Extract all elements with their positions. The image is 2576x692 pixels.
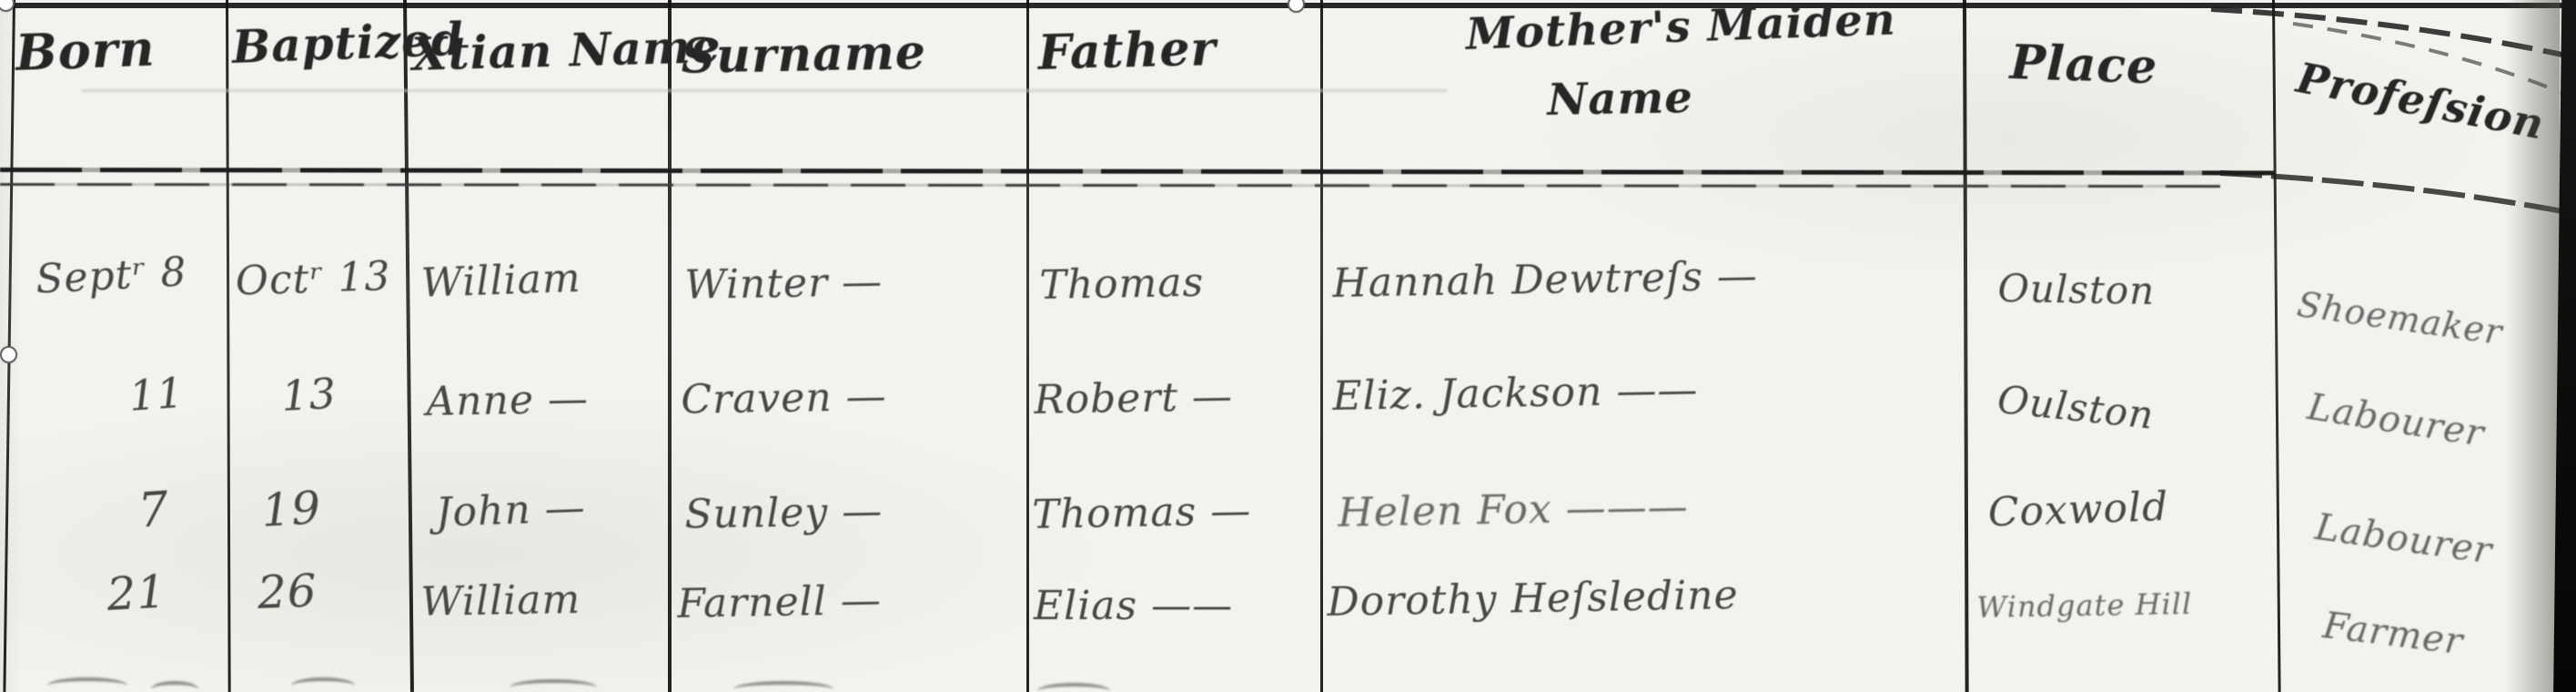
column-header-father: Father — [1037, 21, 1217, 81]
column-divider-baptized-name — [403, 0, 414, 692]
table-top-border — [0, 3, 2566, 8]
row-2-baptized-cell: 13 — [280, 369, 338, 421]
header-smudge-line — [82, 89, 1447, 92]
row-4-father-cell: Elias —— — [1034, 583, 1233, 629]
column-divider-born-baptized — [226, 0, 231, 692]
column-divider-place-profession — [2272, 0, 2281, 692]
column-divider-surname-father — [1026, 0, 1029, 692]
row-4-profession-cell: Farmer — [2320, 605, 2465, 664]
row-2-mother-cell: Eliz. Jackson —— — [1332, 367, 1699, 420]
partial-row-stroke — [733, 681, 833, 692]
partial-row-stroke — [1037, 683, 1110, 692]
partial-row-stroke — [291, 677, 355, 692]
partial-row-stroke — [47, 677, 127, 692]
row-2-place-cell: Oulston — [1995, 377, 2157, 438]
register-scan-page: Born Baptized Xtian Name Surname Father … — [0, 0, 2576, 692]
row-1-mother-cell: Hannah Dewtreſs — — [1332, 253, 1758, 307]
row-4-christian-name-cell: William — [420, 576, 581, 626]
row-2-surname-cell: Craven — — [681, 373, 887, 423]
column-header-place: Place — [2009, 35, 2158, 96]
column-header-mother-line1: Mother's Maiden — [1465, 0, 1897, 60]
row-4-surname-cell: Farnell — — [677, 577, 882, 627]
column-divider-name-surname — [668, 0, 672, 692]
row-2-christian-name-cell: Anne — — [426, 376, 589, 425]
header-separator-rule-1 — [0, 168, 2275, 175]
partial-row-stroke — [510, 679, 597, 692]
column-header-christian-name: Xtian Name — [411, 19, 722, 81]
row-1-baptized-cell: Octʳ 13 — [235, 253, 391, 305]
row-2-father-cell: Robert — — [1034, 373, 1233, 423]
page-edge-shadow — [2505, 0, 2560, 692]
row-2-born-cell: 11 — [127, 368, 186, 421]
row-3-born-cell: 7 — [136, 483, 171, 539]
row-4-baptized-cell: 26 — [257, 565, 318, 619]
column-divider-mother-place — [1963, 0, 1969, 692]
header-separator-rule-2 — [0, 183, 2220, 188]
column-header-surname: Surname — [681, 25, 926, 85]
row-3-mother-cell: Helen Fox ——— — [1338, 483, 1689, 536]
row-3-christian-name-cell: John — — [435, 484, 586, 536]
row-3-father-cell: Thomas — — [1032, 488, 1252, 538]
row-3-place-cell: Coxwold — [1987, 483, 2169, 536]
row-4-mother-cell: Dorothy Heſsledine — [1327, 572, 1739, 626]
crop-handle-left-middle[interactable] — [0, 346, 17, 363]
row-2-profession-cell: Labourer — [2305, 386, 2488, 455]
column-header-born: Born — [15, 19, 157, 82]
row-3-profession-cell: Labourer — [2313, 506, 2495, 573]
column-header-mother-line2: Name — [1547, 72, 1693, 126]
column-divider-father-mother — [1320, 0, 1323, 692]
row-4-born-cell: 21 — [106, 565, 168, 621]
row-1-christian-name-cell: William — [420, 255, 581, 307]
row-1-place-cell: Oulston — [1997, 266, 2156, 313]
row-4-place-cell: Windgate Hill — [1976, 586, 2192, 625]
row-1-born-cell: Septʳ 8 — [35, 249, 188, 303]
partial-row-stroke — [151, 681, 198, 692]
row-3-surname-cell: Sunley — — [684, 488, 884, 538]
crop-handle-top-middle[interactable] — [1288, 0, 1305, 13]
row-1-father-cell: Thomas — [1039, 259, 1205, 309]
row-1-surname-cell: Winter — — [684, 259, 883, 309]
row-3-baptized-cell: 19 — [260, 482, 323, 537]
row-1-profession-cell: Shoemaker — [2295, 284, 2505, 352]
